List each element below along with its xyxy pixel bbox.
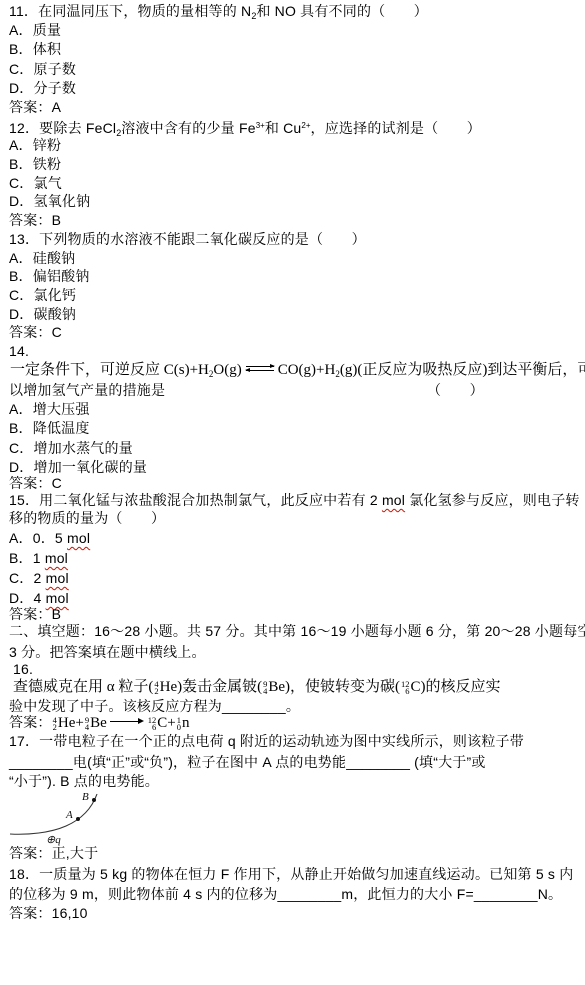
q13-option-a: A．硅酸钠 xyxy=(9,250,75,266)
text-segment: 3 分。把答案填在题中横线上。 xyxy=(9,644,206,660)
text-segment: 和 Cu xyxy=(265,120,302,136)
q15-stem-2: 移的物质的量为（ ） xyxy=(9,510,165,526)
text-segment: Be)，使铍转变为碳( xyxy=(268,679,400,695)
q18-stem-1: 18．一质量为 5 kg 的物体在恒力 F 作用下，从静止开始做匀加速直线运动。… xyxy=(9,866,573,882)
q14-option-b: B．降低温度 xyxy=(9,420,90,436)
q15-option-b: B．1 mol xyxy=(9,550,68,566)
q17-stem-1: 17．一带电粒子在一个正的点电荷 q 附近的运动轨迹为图中实线所示，则该粒子带 xyxy=(9,733,524,749)
text-segment: C．氯气 xyxy=(9,175,62,191)
text-segment: 答案：B xyxy=(9,606,61,622)
q18-answer: 答案：16,10 xyxy=(9,905,88,921)
q14-equation: 一定条件下，可逆反应 C(s)+H2O(g)CO(g)+H2(g)(正反应为吸热… xyxy=(10,362,585,382)
q11-answer: 答案：A xyxy=(9,99,61,115)
text-segment: 15．用二氧化锰与浓盐酸混合加热制氯气，此反应中若有 2 xyxy=(9,492,382,508)
q14-option-d: D．增加一氧化碳的量 xyxy=(9,459,147,475)
equilibrium-arrow-icon xyxy=(244,363,276,375)
text-segment: 以增加氢气产量的措施是 xyxy=(9,382,165,398)
text-segment: CO(g)+H xyxy=(278,362,336,378)
text-segment: A．硅酸钠 xyxy=(9,250,75,266)
q17-stem-3: “小于”). B 点的电势能。 xyxy=(9,773,159,789)
reaction-arrow-icon xyxy=(110,716,144,726)
text-segment: C)的核反应实 xyxy=(411,679,501,695)
point-b-label: B xyxy=(82,791,89,803)
q16-stem-1: 查德威克在用 α 粒子(42He)轰击金属铍(94Be)，使铍转变为碳(126C… xyxy=(13,679,501,696)
section2-header-1: 二、填空题：16～28 小题。共 57 分。其中第 16～19 小题每小题 6 … xyxy=(9,623,585,639)
text-segment: He)轰击金属铍( xyxy=(160,679,262,695)
text-segment: B．偏铝酸钠 xyxy=(9,268,90,284)
text-segment: 3+ xyxy=(256,121,265,130)
text-segment: 和 NO 具有不同的（ ） xyxy=(256,3,428,19)
text-segment: 溶液中含有的少量 Fe xyxy=(121,120,255,136)
text-segment: 的位移为 9 m，则此物体前 4 s 内的位移为________m，此恒力的大小… xyxy=(9,886,562,902)
text-segment: 2+ xyxy=(301,121,310,130)
text-segment: 13．下列物质的水溶液不能跟二氧化碳反应的是（ ） xyxy=(9,231,366,247)
q17-stem-2: ________电(填“正”或“负”)，粒子在图中 A 点的电势能_______… xyxy=(9,754,486,770)
text-segment: 答案：16,10 xyxy=(9,905,88,921)
text-segment: (g)(正反应为吸热反应)到达平衡后，可 xyxy=(340,362,585,378)
text-segment: 答案：C xyxy=(9,324,62,340)
text-segment: C+ xyxy=(157,715,175,731)
isotope-notation: 94 xyxy=(263,681,267,696)
text-segment: 答案：正,大于 xyxy=(9,845,98,861)
text-segment: He+ xyxy=(58,715,84,731)
text-segment: A．增大压强 xyxy=(9,401,90,417)
text-segment: B．体积 xyxy=(9,41,61,57)
q13-option-c: C．氯化钙 xyxy=(9,287,76,303)
q13-option-b: B．偏铝酸钠 xyxy=(9,268,90,284)
q15-stem-1: 15．用二氧化锰与浓盐酸混合加热制氯气，此反应中若有 2 mol 氯化氢参与反应… xyxy=(9,492,580,508)
misspelled-word: mol xyxy=(45,550,68,566)
isotope-notation: 126 xyxy=(401,681,410,696)
text-segment: 答案：B xyxy=(9,212,61,228)
point-a-dot xyxy=(76,817,80,821)
text-segment: D．分子数 xyxy=(9,80,76,96)
q16-number: 16. xyxy=(13,661,33,677)
text-segment: “小于”). B 点的电势能。 xyxy=(9,773,159,789)
point-a-label: A xyxy=(65,809,73,821)
q14-option-c: C．增加水蒸气的量 xyxy=(9,440,133,456)
text-segment: A．0．5 xyxy=(9,530,67,546)
q12-option-a: A．锌粉 xyxy=(9,137,61,153)
text-segment: D．氢氧化钠 xyxy=(9,193,90,209)
text-segment: ，应选择的试剂是（ ） xyxy=(311,120,481,136)
text-segment: O(g) xyxy=(213,362,241,378)
q11-option-b: B．体积 xyxy=(9,41,61,57)
text-segment: C．原子数 xyxy=(9,61,76,77)
q15-option-a: A．0．5 mol xyxy=(9,530,90,546)
misspelled-word: mol xyxy=(382,492,405,508)
q11-stem: 11．在同温同压下，物质的量相等的 N2和 NO 具有不同的（ ） xyxy=(9,3,428,24)
text-segment: 一定条件下，可逆反应 C(s)+H xyxy=(10,362,209,378)
text-segment: A．质量 xyxy=(9,22,61,38)
q12-option-d: D．氢氧化钠 xyxy=(9,193,90,209)
text-segment: 16. xyxy=(13,661,33,677)
text-segment: 18．一质量为 5 kg 的物体在恒力 F 作用下，从静止开始做匀加速直线运动。… xyxy=(9,866,573,882)
text-segment: C．氯化钙 xyxy=(9,287,76,303)
q14-answer: 答案：C xyxy=(9,475,62,491)
q16-stem-2: 验中发现了中子。该核反应方程为________。 xyxy=(9,698,300,714)
q15-option-d: D．4 mol xyxy=(9,590,69,606)
trajectory-figure: B A ⊕q xyxy=(8,788,128,846)
q15-answer: 答案：B xyxy=(9,606,61,622)
isotope-notation: 126 xyxy=(148,717,157,732)
isotope-notation: 94 xyxy=(85,717,89,732)
text-segment: 答案： xyxy=(9,714,52,730)
text-segment: D．增加一氧化碳的量 xyxy=(9,459,147,475)
misspelled-word: mol xyxy=(46,590,69,606)
isotope-notation: 42 xyxy=(154,681,158,696)
section2-header-2: 3 分。把答案填在题中横线上。 xyxy=(9,644,206,660)
text-segment: C．增加水蒸气的量 xyxy=(9,440,133,456)
text-segment: 11．在同温同压下，物质的量相等的 N xyxy=(9,3,251,19)
q12-answer: 答案：B xyxy=(9,212,61,228)
text-segment: 氯化氢参与反应，则电子转 xyxy=(405,492,580,508)
q11-option-a: A．质量 xyxy=(9,22,61,38)
text-segment: 二、填空题：16～28 小题。共 57 分。其中第 16～19 小题每小题 6 … xyxy=(9,623,585,639)
text-segment: Be xyxy=(90,715,107,731)
misspelled-word: mol xyxy=(46,570,69,586)
text-segment: B．1 xyxy=(9,550,45,566)
q13-option-d: D．碳酸钠 xyxy=(9,306,76,322)
point-b-dot xyxy=(92,798,96,802)
text-segment: ________电(填“正”或“负”)，粒子在图中 A 点的电势能_______… xyxy=(9,754,486,770)
text-segment: C．2 xyxy=(9,570,46,586)
text-segment: 验中发现了中子。该核反应方程为________。 xyxy=(9,698,300,714)
q14-option-a: A．增大压强 xyxy=(9,401,90,417)
q13-answer: 答案：C xyxy=(9,324,62,340)
text-segment: B．降低温度 xyxy=(9,420,90,436)
document-page: B A ⊕q 11．在同温同压下，物质的量相等的 N2和 NO 具有不同的（ ）… xyxy=(0,0,585,985)
q18-stem-2: 的位移为 9 m，则此物体前 4 s 内的位移为________m，此恒力的大小… xyxy=(9,886,562,902)
q14-number: 14. xyxy=(9,343,29,359)
q11-option-c: C．原子数 xyxy=(9,61,76,77)
text-segment: 答案：A xyxy=(9,99,61,115)
text-segment: 12．要除去 FeCl xyxy=(9,120,116,136)
text-segment: 查德威克在用 α 粒子( xyxy=(13,679,153,695)
q15-option-c: C．2 mol xyxy=(9,570,69,586)
text-segment: 答案：C xyxy=(9,475,62,491)
q12-option-b: B．铁粉 xyxy=(9,156,61,172)
text-segment: 14. xyxy=(9,343,29,359)
isotope-notation: 10 xyxy=(177,717,181,732)
misspelled-word: mol xyxy=(67,530,90,546)
text-segment: 17．一带电粒子在一个正的点电荷 q 附近的运动轨迹为图中实线所示，则该粒子带 xyxy=(9,733,524,749)
q11-option-d: D．分子数 xyxy=(9,80,76,96)
text-segment: B．铁粉 xyxy=(9,156,61,172)
text-segment: （ ） xyxy=(427,382,484,398)
q13-stem: 13．下列物质的水溶液不能跟二氧化碳反应的是（ ） xyxy=(9,231,366,247)
isotope-notation: 42 xyxy=(53,717,57,732)
q16-answer: 答案：42He+94Be126C+10n xyxy=(9,714,189,732)
q12-option-c: C．氯气 xyxy=(9,175,62,191)
text-segment: A．锌粉 xyxy=(9,137,61,153)
text-segment: n xyxy=(182,715,190,731)
text-segment: D．4 xyxy=(9,590,46,606)
q14-stem-2: 以增加氢气产量的措施是（ ） xyxy=(9,382,165,398)
q12-stem: 12．要除去 FeCl2溶液中含有的少量 Fe3+和 Cu2+，应选择的试剂是（… xyxy=(9,118,481,141)
text-segment: 移的物质的量为（ ） xyxy=(9,510,165,526)
q17-answer: 答案：正,大于 xyxy=(9,845,98,861)
text-segment: D．碳酸钠 xyxy=(9,306,76,322)
